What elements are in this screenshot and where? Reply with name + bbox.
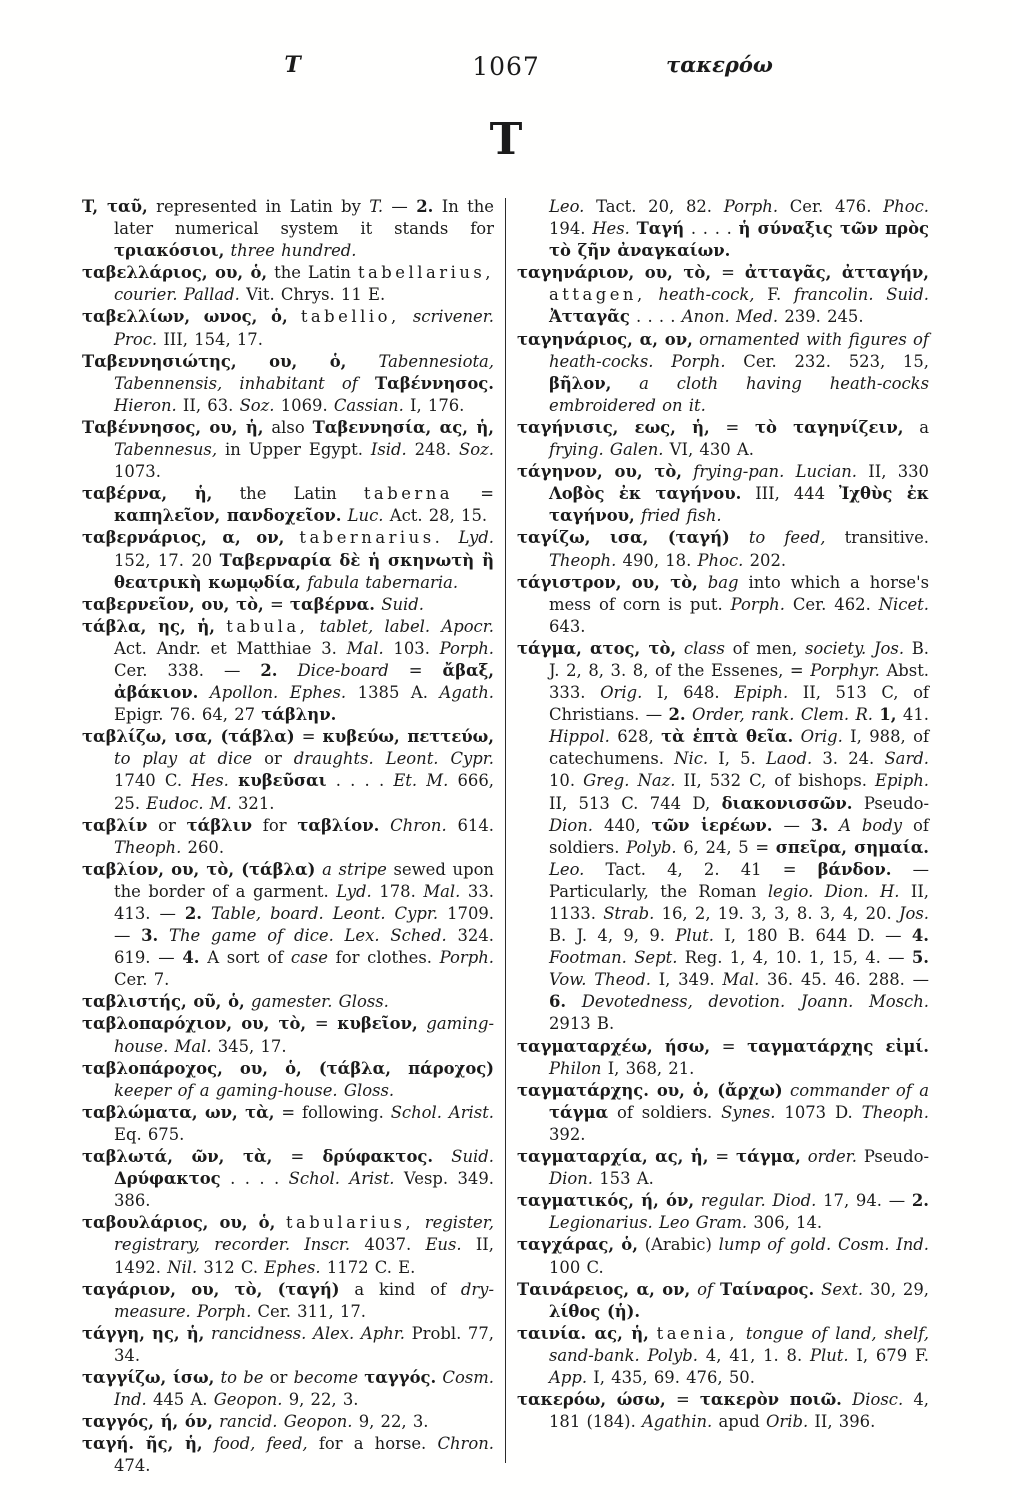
lexicon-page: T 1067 τακερόω T T, ταῦ, represented in … bbox=[0, 0, 1012, 1500]
dictionary-entry: ταβλώματα, ων, τὰ, = following. Schol. A… bbox=[82, 1102, 494, 1146]
dictionary-entry: ταγματαρχέω, ήσω, = ταγματάρχης εἰμί. Ph… bbox=[517, 1036, 929, 1080]
dictionary-entry: ταγηνάριος, α, ον, ornamented with figur… bbox=[517, 329, 929, 417]
dictionary-entry: ταγματαρχία, ας, ἡ, = τάγμα, order. Pseu… bbox=[517, 1146, 929, 1190]
dictionary-entry: τάγγη, ης, ἡ, rancidness. Alex. Aphr. Pr… bbox=[82, 1323, 494, 1367]
dictionary-entry: ταβλιστής, οῦ, ὁ, gamester. Gloss. bbox=[82, 991, 494, 1013]
dictionary-entry: ταγήνισις, εως, ἡ, = τὸ ταγηνίζειν, a fr… bbox=[517, 417, 929, 461]
dictionary-entry: Ταβεννησιώτης, ου, ὁ, Tabennesiota, Tabe… bbox=[82, 351, 494, 417]
dictionary-entry: τάγηνον, ου, τὸ, frying-pan. Lucian. II,… bbox=[517, 461, 929, 527]
dictionary-entry: τάγιστρον, ου, τὸ, bag into which a hors… bbox=[517, 572, 929, 638]
dictionary-entry: ταγή. ῆς, ἡ, food, feed, for a horse. Ch… bbox=[82, 1433, 494, 1477]
running-head: T 1067 τακερόω bbox=[0, 52, 1012, 88]
dictionary-entry: τακερόω, ώσω, = τακερὸν ποιῶ. Diosc. 4, … bbox=[517, 1389, 929, 1433]
entry-continuation: Leo. Tact. 20, 82. Porph. Cer. 476. Phoc… bbox=[517, 196, 929, 262]
dictionary-entry: ταγχάρας, ὁ, (Arabic) lump of gold. Cosm… bbox=[517, 1234, 929, 1278]
dictionary-entry: ταβλίον, ου, τὸ, (τάβλα) a stripe sewed … bbox=[82, 859, 494, 992]
dictionary-entry: ταβέρνα, ἡ, the Latin taberna = καπηλεῖο… bbox=[82, 483, 494, 527]
dictionary-entry: T, ταῦ, represented in Latin by T. — 2. … bbox=[82, 196, 494, 262]
running-head-right-keyword: τακερόω bbox=[512, 52, 927, 77]
dictionary-entry: ταγγός, ή, όν, rancid. Geopon. 9, 22, 3. bbox=[82, 1411, 494, 1433]
section-letter-heading: T bbox=[0, 118, 1012, 162]
dictionary-entry: ταγηνάριον, ου, τὸ, = ἀτταγᾶς, ἀτταγήν, … bbox=[517, 262, 929, 328]
dictionary-entry: ταγματικός, ή, όν, regular. Diod. 17, 94… bbox=[517, 1190, 929, 1234]
dictionary-entry: ταβερνεῖον, ου, τὸ, = ταβέρνα. Suid. bbox=[82, 594, 494, 616]
column-left: T, ταῦ, represented in Latin by T. — 2. … bbox=[82, 196, 494, 1477]
dictionary-entry: ταβλοπαρόχιον, ου, τὸ, = κυβεῖον, gaming… bbox=[82, 1013, 494, 1057]
dictionary-entry: ταβλοπάροχος, ου, ὁ, (τάβλα, πάροχος) ke… bbox=[82, 1058, 494, 1102]
dictionary-entry: ταγματάρχης. ου, ὁ, (ἄρχω) commander of … bbox=[517, 1080, 929, 1146]
dictionary-entry: ταγγίζω, ίσω, to be or become ταγγός. Co… bbox=[82, 1367, 494, 1411]
dictionary-entry: ταβουλάριος, ου, ὁ, tabularius, register… bbox=[82, 1212, 494, 1278]
dictionary-entry: τάγμα, ατος, τὸ, class of men, society. … bbox=[517, 638, 929, 1036]
dictionary-entry: ταγίζω, ισα, (ταγή) to feed, transitive.… bbox=[517, 527, 929, 571]
dictionary-entry: τάβλα, ης, ἡ, tabula, tablet, label. Apo… bbox=[82, 616, 494, 726]
dictionary-entry: ταβλωτά, ῶν, τὰ, = δρύφακτος. Suid. Δρύφ… bbox=[82, 1146, 494, 1212]
dictionary-entry: Ταινάρειος, α, ον, of Ταίναρος. Sext. 30… bbox=[517, 1279, 929, 1323]
dictionary-entry: ταβερνάριος, α, ον, tabernarius. Lyd. 15… bbox=[82, 527, 494, 593]
dictionary-entry: ταινία. ας, ἡ, taenia, tongue of land, s… bbox=[517, 1323, 929, 1389]
dictionary-entry: Ταβέννησος, ου, ἡ, also Ταβεννησία, ας, … bbox=[82, 417, 494, 483]
dictionary-entry: ταβελλίων, ωνος, ὁ, tabellio, scrivener.… bbox=[82, 306, 494, 350]
column-divider-rule bbox=[505, 198, 506, 1463]
dictionary-entry: ταβελλάριος, ου, ὁ, the Latin tabellariu… bbox=[82, 262, 494, 306]
dictionary-entry: ταβλίν or τάβλιν for ταβλίον. Chron. 614… bbox=[82, 815, 494, 859]
dictionary-entry: ταβλίζω, ισα, (τάβλα) = κυβεύω, πεττεύω,… bbox=[82, 726, 494, 814]
column-right: Leo. Tact. 20, 82. Porph. Cer. 476. Phoc… bbox=[517, 196, 929, 1477]
text-columns: T, ταῦ, represented in Latin by T. — 2. … bbox=[0, 196, 1012, 1477]
dictionary-entry: ταγάριον, ου, τὸ, (ταγή) a kind of dry-m… bbox=[82, 1279, 494, 1323]
